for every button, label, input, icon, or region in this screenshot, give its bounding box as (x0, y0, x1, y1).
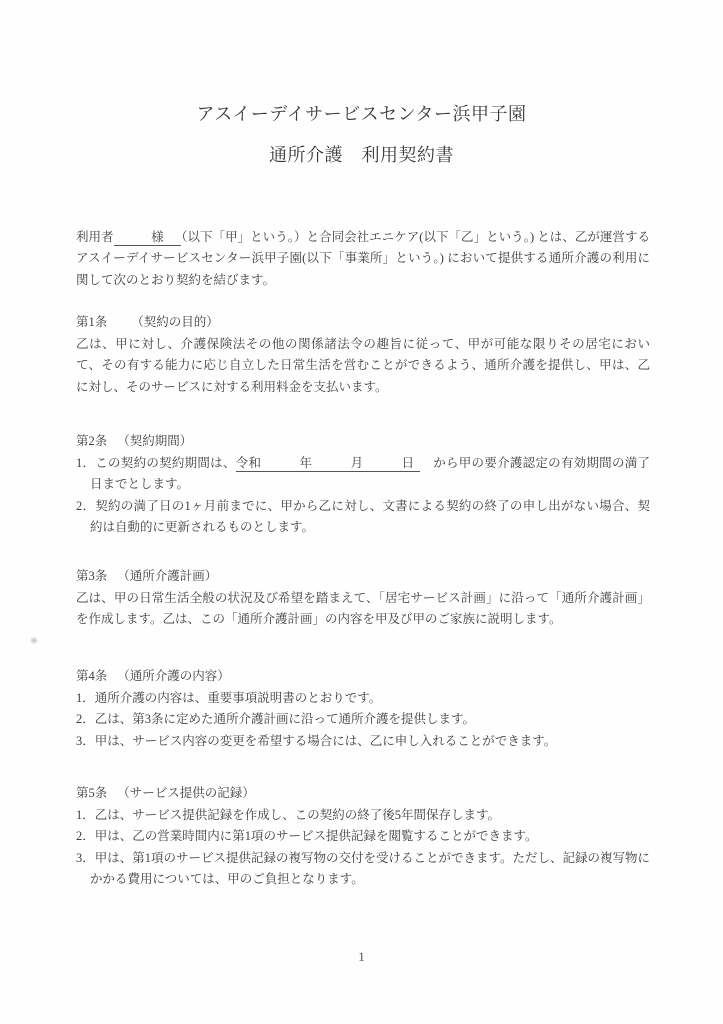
contract-date-blank: 令和 年 月 日 (236, 456, 421, 472)
name-blank-space (114, 230, 152, 244)
article-1-body: 乙は、甲に対し、介護保険法その他の関係諸法令の趣旨に従って、甲が可能な限りその居… (76, 334, 650, 399)
article-3-number: 第3条 (76, 569, 107, 583)
page-number: 1 (0, 946, 723, 968)
article-5-heading: 第5条（サービス提供の記録） (76, 783, 650, 805)
article-4-item-1: 1．通所介護の内容は、重要事項説明書のとおりです。 (76, 688, 650, 710)
contract-date-text: 令和 年 月 日 (236, 456, 415, 470)
document-title: アスイーデイサービスセンター浜甲子園 (0, 104, 723, 126)
article-4-item-2: 2．乙は、第3条に定めた通所介護計画に沿って通所介護を提供します。 (76, 709, 650, 731)
article-2-title: （契約期間） (117, 434, 192, 448)
article-5-item-1: 1．乙は、サービス提供記録を作成し、この契約の終了後5年間保存します。 (76, 805, 650, 827)
user-name-blank: 様 (114, 230, 182, 246)
article-5-number: 第5条 (76, 786, 107, 800)
name-blank-trail (164, 230, 177, 244)
article-1-title: （契約の目的） (131, 315, 219, 329)
article-1-number: 第1条 (76, 315, 107, 329)
article-2-item-1: 1．この契約の契約期間は、令和 年 月 日 から甲の要介護認定の有効期間の満了日… (76, 453, 650, 496)
article-1-heading: 第1条（契約の目的） (76, 312, 650, 334)
article-3-body: 乙は、甲の日常生活全般の状況及び希望を踏まえて、「居宅サービス計画」に沿って「通… (76, 588, 650, 631)
article-4-number: 第4条 (76, 669, 107, 683)
article-4-heading: 第4条（通所介護の内容） (76, 666, 650, 688)
contract-page: アスイーデイサービスセンター浜甲子園 通所介護 利用契約書 利用者 様 （以下「… (0, 0, 723, 1024)
article-5-item-2: 2．甲は、乙の営業時間内に第1項のサービス提供記録を閲覧することができます。 (76, 826, 650, 848)
honorific-label: 様 (151, 230, 164, 244)
article-4-title: （通所介護の内容） (117, 669, 230, 683)
scan-artifact (31, 638, 37, 643)
article-1: 第1条（契約の目的） 乙は、甲に対し、介護保険法その他の関係諸法令の趣旨に従って… (76, 312, 650, 398)
article-2-heading: 第2条（契約期間） (76, 431, 650, 453)
article-2-item-2: 2．契約の満了日の1ヶ月前までに、甲から乙に対し、文書による契約の終了の申し出が… (76, 496, 650, 539)
user-label: 利用者 (76, 230, 114, 244)
contract-period-pre: 1．この契約の契約期間は、 (76, 456, 236, 470)
article-4-item-3: 3．甲は、サービス内容の変更を希望する場合には、乙に申し入れることができます。 (76, 731, 650, 753)
article-5-item-3: 3．甲は、第1項のサービス提供記録の複写物の交付を受けることができます。ただし、… (76, 848, 650, 891)
article-5-title: （サービス提供の記録） (117, 786, 255, 800)
document-subtitle: 通所介護 利用契約書 (0, 145, 723, 167)
article-2-number: 第2条 (76, 434, 107, 448)
article-3: 第3条（通所介護計画） 乙は、甲の日常生活全般の状況及び希望を踏まえて、「居宅サ… (76, 566, 650, 631)
article-3-title: （通所介護計画） (117, 569, 217, 583)
article-4: 第4条（通所介護の内容） 1．通所介護の内容は、重要事項説明書のとおりです。 2… (76, 666, 650, 752)
article-3-heading: 第3条（通所介護計画） (76, 566, 650, 588)
article-2: 第2条（契約期間） 1．この契約の契約期間は、令和 年 月 日 から甲の要介護認… (76, 431, 650, 539)
intro-paragraph: 利用者 様 （以下「甲」という。）と合同会社エニケア(以下「乙」という。) とは… (76, 227, 650, 292)
article-5: 第5条（サービス提供の記録） 1．乙は、サービス提供記録を作成し、この契約の終了… (76, 783, 650, 891)
